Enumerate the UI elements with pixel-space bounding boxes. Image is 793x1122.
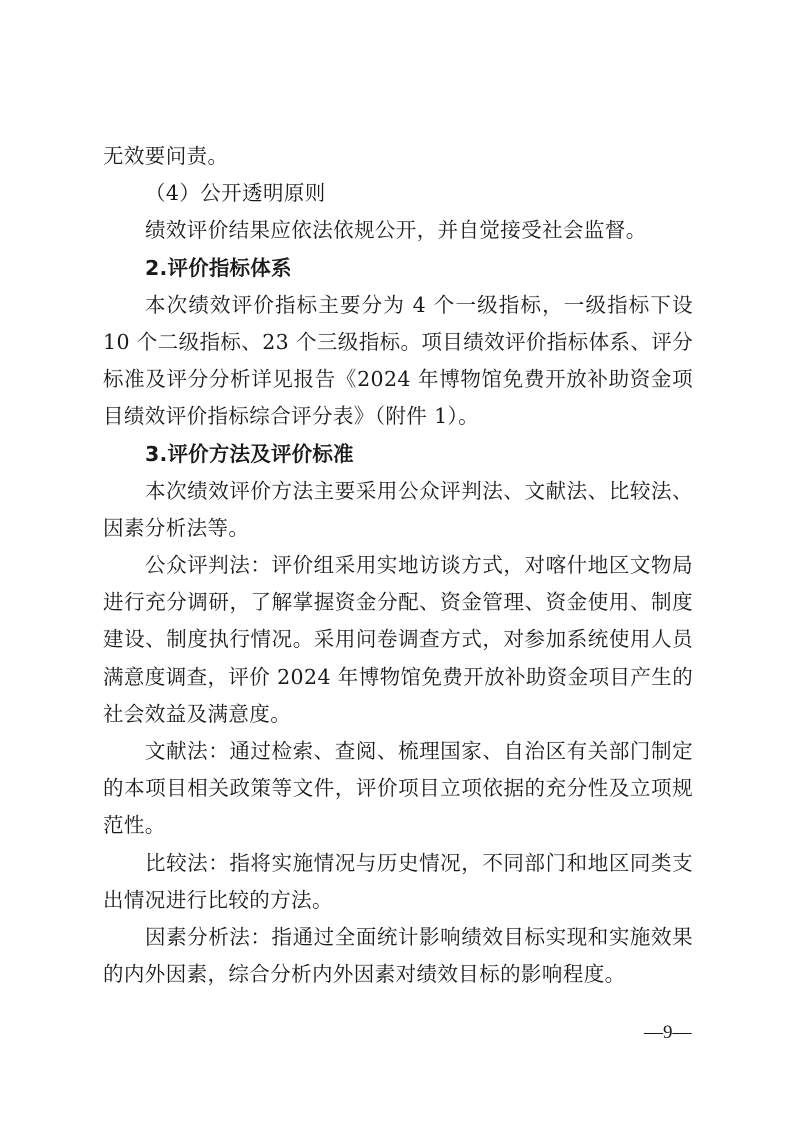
text-line: 的本项目相关政策等文件，评价项目立项依据的充分性及立项规 (103, 770, 693, 807)
section-heading: 3.评价方法及评价标准 (103, 436, 693, 473)
text-line: 文献法：通过检索、查阅、梳理国家、自治区有关部门制定 (103, 733, 693, 770)
text-line: 的内外因素，综合分析内外因素对绩效目标的影响程度。 (103, 956, 693, 993)
text-line: 出情况进行比较的方法。 (103, 882, 693, 919)
section-heading: 2.评价指标体系 (103, 250, 693, 287)
text-line: 目绩效评价指标综合评分表》（附件 1）。 (103, 398, 693, 435)
subsection-title: （4）公开透明原则 (103, 175, 693, 212)
text-line: 范性。 (103, 807, 693, 844)
text-line: 因素分析法：指通过全面统计影响绩效目标实现和实施效果 (103, 919, 693, 956)
text-line: 社会效益及满意度。 (103, 696, 693, 733)
text-line: 满意度调查，评价 2024 年博物馆免费开放补助资金项目产生的 (103, 659, 693, 696)
text-line: 因素分析法等。 (103, 510, 693, 547)
text-line: 比较法：指将实施情况与历史情况，不同部门和地区同类支 (103, 845, 693, 882)
text-line: 建设、制度执行情况。采用问卷调查方式，对参加系统使用人员 (103, 621, 693, 658)
text-line: 无效要问责。 (103, 138, 693, 175)
text-line: 本次绩效评价方法主要采用公众评判法、文献法、比较法、 (103, 473, 693, 510)
text-line: 绩效评价结果应依法依规公开，并自觉接受社会监督。 (103, 212, 693, 249)
document-body: 无效要问责。 （4）公开透明原则 绩效评价结果应依法依规公开，并自觉接受社会监督… (103, 138, 693, 993)
text-line: 10 个二级指标、23 个三级指标。项目绩效评价指标体系、评分 (103, 324, 693, 361)
page-number: —9— (644, 1022, 692, 1044)
text-line: 进行充分调研，了解掌握资金分配、资金管理、资金使用、制度 (103, 584, 693, 621)
text-line: 标准及评分分析详见报告《2024 年博物馆免费开放补助资金项 (103, 361, 693, 398)
text-line: 本次绩效评价指标主要分为 4 个一级指标，一级指标下设 (103, 287, 693, 324)
text-line: 公众评判法：评价组采用实地访谈方式，对喀什地区文物局 (103, 547, 693, 584)
